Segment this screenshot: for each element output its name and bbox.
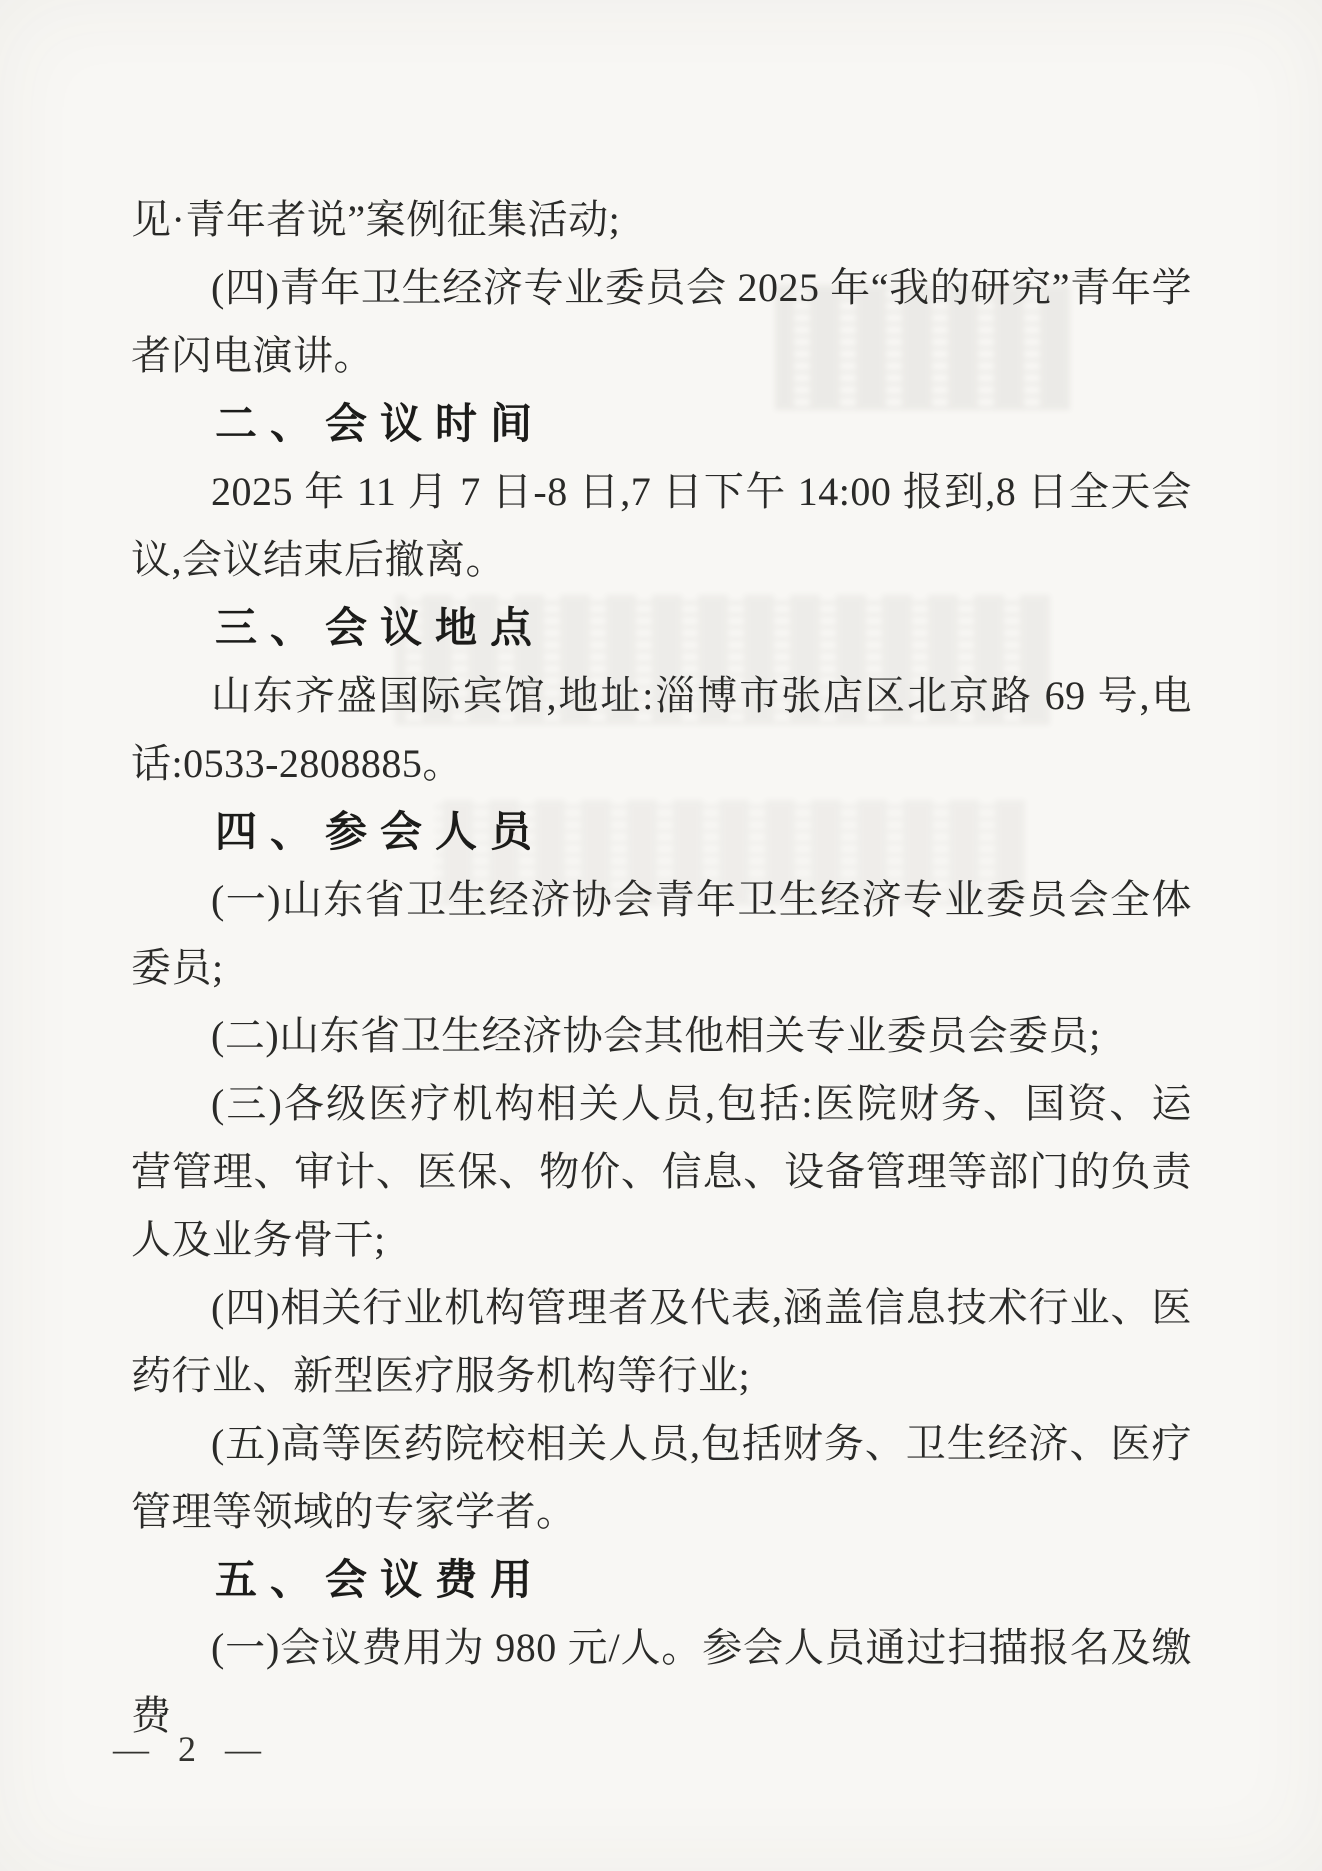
paragraph-participants-1: (一)山东省卫生经济协会青年卫生经济专业委员会全体委员; (131, 866, 1192, 1002)
page-number: — 2 — (113, 1728, 271, 1770)
paragraph-participants-5: (五)高等医药院校相关人员,包括财务、卫生经济、医疗管理等领域的专家学者。 (131, 1410, 1192, 1546)
scanned-document-page: 见·青年者说”案例征集活动; (四)青年卫生经济专业委员会 2025 年“我的研… (0, 0, 1322, 1871)
paragraph-item-4-lightning-talks: (四)青年卫生经济专业委员会 2025 年“我的研究”青年学者闪电演讲。 (131, 254, 1192, 390)
section-heading-meeting-time: 二、会议时间 (131, 390, 1192, 458)
document-body: 见·青年者说”案例征集活动; (四)青年卫生经济专业委员会 2025 年“我的研… (131, 186, 1192, 1750)
paragraph-meeting-fee: (一)会议费用为 980 元/人。参会人员通过扫描报名及缴费 (131, 1614, 1192, 1750)
paragraph-participants-2: (二)山东省卫生经济协会其他相关专业委员会委员; (131, 1002, 1192, 1070)
paragraph-meeting-time: 2025 年 11 月 7 日-8 日,7 日下午 14:00 报到,8 日全天… (131, 458, 1192, 594)
paragraph-meeting-venue: 山东齐盛国际宾馆,地址:淄博市张店区北京路 69 号,电话:0533-28088… (131, 662, 1192, 798)
continuation-line-case-collection: 见·青年者说”案例征集活动; (131, 186, 1192, 254)
section-heading-meeting-venue: 三、会议地点 (131, 594, 1192, 662)
section-heading-participants: 四、参会人员 (131, 798, 1192, 866)
section-heading-meeting-fee: 五、会议费用 (131, 1546, 1192, 1614)
paragraph-participants-4: (四)相关行业机构管理者及代表,涵盖信息技术行业、医药行业、新型医疗服务机构等行… (131, 1274, 1192, 1410)
paragraph-participants-3: (三)各级医疗机构相关人员,包括:医院财务、国资、运营管理、审计、医保、物价、信… (131, 1070, 1192, 1274)
